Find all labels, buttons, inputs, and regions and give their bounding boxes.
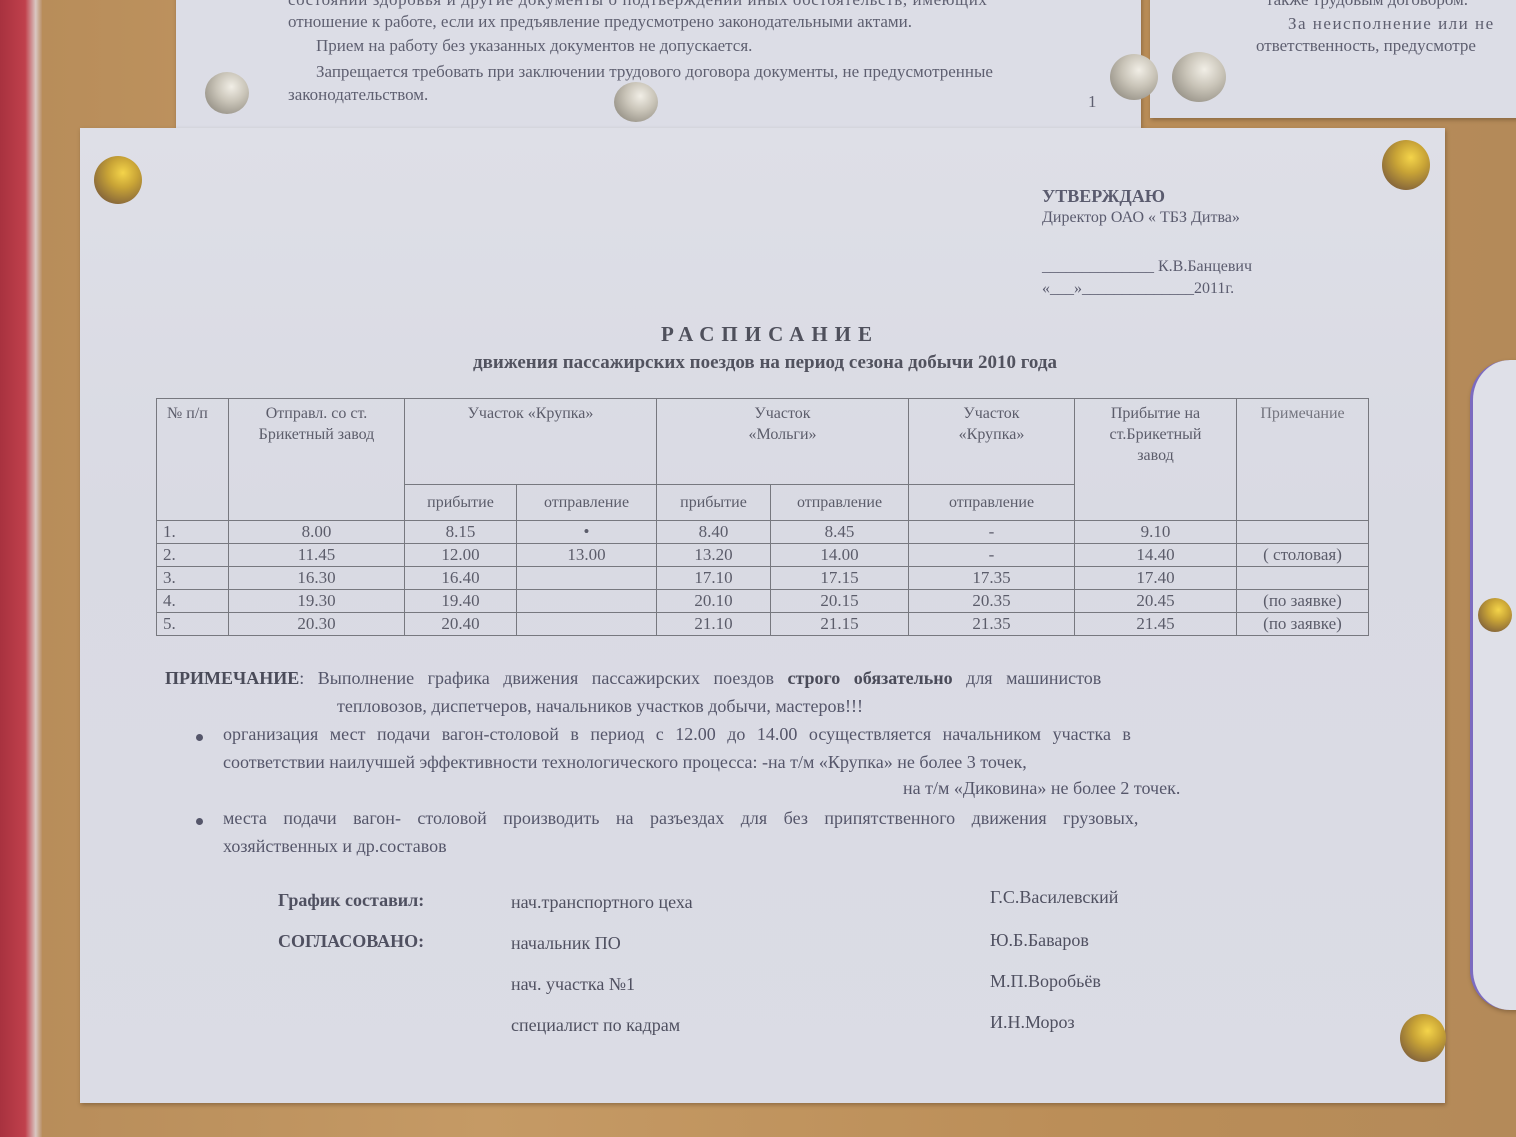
top-notice-line: состоянии здоровья и другие документы о … bbox=[288, 0, 988, 10]
header-section-molgi: Участок «Мольги» bbox=[657, 399, 909, 485]
notes-intro-line2: тепловозов, диспетчеров, начальников уча… bbox=[337, 696, 863, 717]
cell-s1-arr: 16.40 bbox=[405, 567, 517, 590]
bullet1-line1: организация мест подачи вагон-столовой в… bbox=[223, 724, 1131, 745]
notes-label: ПРИМЕЧАНИЕ bbox=[165, 668, 299, 688]
cell-arr: 20.45 bbox=[1075, 590, 1237, 613]
cell-s2-dep: 21.15 bbox=[771, 613, 909, 636]
cell-num: 1. bbox=[157, 521, 229, 544]
cell-s1-arr: 8.15 bbox=[405, 521, 517, 544]
cell-dep: 11.45 bbox=[229, 544, 405, 567]
bullet-icon bbox=[196, 734, 203, 741]
document-title: РАСПИСАНИЕ bbox=[0, 322, 1516, 347]
table-row: 4.19.3019.4020.1020.1520.3520.45(по заяв… bbox=[157, 590, 1369, 613]
cell-dep: 16.30 bbox=[229, 567, 405, 590]
cell-s3-dep: - bbox=[909, 544, 1075, 567]
signoff-name: М.П.Воробьёв bbox=[990, 971, 1101, 992]
signoff-role: нач.транспортного цеха bbox=[511, 892, 693, 913]
header-depart: отправление bbox=[517, 485, 657, 521]
cell-s2-dep: 20.15 bbox=[771, 590, 909, 613]
notes-intro: ПРИМЕЧАНИЕ: Выполнение графика движения … bbox=[165, 668, 1101, 689]
bullet1-line2: соответствии наилучшей эффективности тех… bbox=[223, 752, 1027, 773]
table-row: 5.20.3020.4021.1021.1521.3521.45(по заяв… bbox=[157, 613, 1369, 636]
cell-s2-arr: 20.10 bbox=[657, 590, 771, 613]
cell-s2-arr: 8.40 bbox=[657, 521, 771, 544]
header-section-krupka-2: Участок «Крупка» bbox=[909, 399, 1075, 485]
header-departure: Отправл. со ст. Брикетный завод bbox=[229, 399, 405, 521]
header-section-krupka: Участок «Крупка» bbox=[405, 399, 657, 485]
header-note: Примечание bbox=[1237, 399, 1369, 521]
cell-s2-arr: 17.10 bbox=[657, 567, 771, 590]
cell-s1-dep bbox=[517, 567, 657, 590]
approval-block: УТВЕРЖДАЮ Директор ОАО « ТБЗ Дитва» ____… bbox=[1042, 186, 1240, 227]
notes-text: : Выполнение графика движения пассажирск… bbox=[299, 668, 787, 688]
signoff-role: начальник ПО bbox=[511, 933, 621, 954]
cell-s2-dep: 17.15 bbox=[771, 567, 909, 590]
schedule-table: № п/п Отправл. со ст. Брикетный завод Уч… bbox=[156, 398, 1369, 636]
cell-s3-dep: - bbox=[909, 521, 1075, 544]
notes-emphasis: строго обязательно bbox=[787, 668, 952, 688]
signoff-role: нач. участка №1 bbox=[511, 974, 635, 995]
approval-position: Директор ОАО « ТБЗ Дитва» bbox=[1042, 209, 1240, 227]
cell-dep: 19.30 bbox=[229, 590, 405, 613]
cell-dep: 8.00 bbox=[229, 521, 405, 544]
top-notice-sheet: состоянии здоровья и другие документы о … bbox=[176, 0, 1141, 128]
approval-title: УТВЕРЖДАЮ bbox=[1042, 186, 1240, 207]
cell-num: 5. bbox=[157, 613, 229, 636]
header-num: № п/п bbox=[157, 399, 229, 521]
bullet2-line1: места подачи вагон- столовой производить… bbox=[223, 808, 1138, 829]
cell-dep: 20.30 bbox=[229, 613, 405, 636]
pushpin-icon bbox=[614, 82, 658, 122]
top-notice-line: законодательством. bbox=[288, 85, 428, 105]
cell-s1-arr: 19.40 bbox=[405, 590, 517, 613]
cell-note bbox=[1237, 521, 1369, 544]
agreed-label: СОГЛАСОВАНО: bbox=[278, 931, 424, 952]
signoff-role: специалист по кадрам bbox=[511, 1015, 680, 1036]
cell-s1-arr: 12.00 bbox=[405, 544, 517, 567]
header-arrive: прибытие bbox=[405, 485, 517, 521]
bullet1-line3: на т/м «Диковина» не более 2 точек. bbox=[903, 778, 1180, 799]
approval-date: «___»______________2011г. bbox=[1042, 280, 1234, 298]
cell-num: 2. bbox=[157, 544, 229, 567]
cell-s3-dep: 20.35 bbox=[909, 590, 1075, 613]
top-notice-line: Запрещается требовать при заключении тру… bbox=[316, 62, 993, 82]
cell-arr: 14.40 bbox=[1075, 544, 1237, 567]
cell-arr: 9.10 bbox=[1075, 521, 1237, 544]
pushpin-icon bbox=[1478, 598, 1512, 632]
top-right-line: ответственность, предусмотре bbox=[1256, 36, 1476, 56]
pushpin-icon bbox=[205, 72, 249, 114]
cell-note: (по заявке) bbox=[1237, 590, 1369, 613]
cell-arr: 17.40 bbox=[1075, 567, 1237, 590]
cell-s2-dep: 8.45 bbox=[771, 521, 909, 544]
red-door-frame bbox=[0, 0, 42, 1137]
table-row: 1.8.008.15•8.408.45-9.10 bbox=[157, 521, 1369, 544]
document-subtitle: движения пассажирских поездов на период … bbox=[0, 352, 1516, 374]
signoff-name: И.Н.Мороз bbox=[990, 1012, 1075, 1033]
top-right-line: также трудовым договором. bbox=[1266, 0, 1468, 10]
signoff-name: Ю.Б.Баваров bbox=[990, 930, 1089, 951]
cell-s2-dep: 14.00 bbox=[771, 544, 909, 567]
header-arrival: Прибытие на ст.Брикетный завод bbox=[1075, 399, 1237, 521]
top-notice-line: Прием на работу без указанных документов… bbox=[316, 36, 752, 56]
header-depart: отправление bbox=[909, 485, 1075, 521]
cell-num: 3. bbox=[157, 567, 229, 590]
table-row: 2.11.4512.0013.0013.2014.00-14.40( столо… bbox=[157, 544, 1369, 567]
bullet2-line2: хозяйственных и др.составов bbox=[223, 836, 447, 857]
pushpin-icon bbox=[1172, 52, 1226, 102]
cell-s1-dep bbox=[517, 590, 657, 613]
table-row: 3.16.3016.4017.1017.1517.3517.40 bbox=[157, 567, 1369, 590]
cell-arr: 21.45 bbox=[1075, 613, 1237, 636]
cell-note bbox=[1237, 567, 1369, 590]
cell-s1-dep: 13.00 bbox=[517, 544, 657, 567]
page-number: 1 bbox=[1088, 92, 1097, 112]
cell-s1-dep: • bbox=[517, 521, 657, 544]
pushpin-icon bbox=[1382, 140, 1430, 190]
bullet-icon bbox=[196, 818, 203, 825]
pushpin-icon bbox=[1110, 54, 1158, 100]
pushpin-icon bbox=[94, 156, 142, 204]
cell-s3-dep: 21.35 bbox=[909, 613, 1075, 636]
notes-text: для машинистов bbox=[953, 668, 1102, 688]
cell-s1-dep bbox=[517, 613, 657, 636]
pushpin-icon bbox=[1400, 1014, 1446, 1062]
cell-s1-arr: 20.40 bbox=[405, 613, 517, 636]
header-depart: отправление bbox=[771, 485, 909, 521]
signoff-name: Г.С.Василевский bbox=[990, 887, 1118, 908]
cell-s2-arr: 13.20 bbox=[657, 544, 771, 567]
top-right-line: За неисполнение или не bbox=[1288, 14, 1495, 34]
cell-s2-arr: 21.10 bbox=[657, 613, 771, 636]
header-arrive: прибытие bbox=[657, 485, 771, 521]
cell-note: ( столовая) bbox=[1237, 544, 1369, 567]
approval-signature: ______________ К.В.Банцевич bbox=[1042, 258, 1252, 276]
side-sheet bbox=[1470, 360, 1516, 1010]
top-notice-line: отношение к работе, если их предъявление… bbox=[288, 12, 912, 32]
cell-s3-dep: 17.35 bbox=[909, 567, 1075, 590]
cell-note: (по заявке) bbox=[1237, 613, 1369, 636]
cell-num: 4. bbox=[157, 590, 229, 613]
compiled-label: График составил: bbox=[278, 890, 424, 911]
